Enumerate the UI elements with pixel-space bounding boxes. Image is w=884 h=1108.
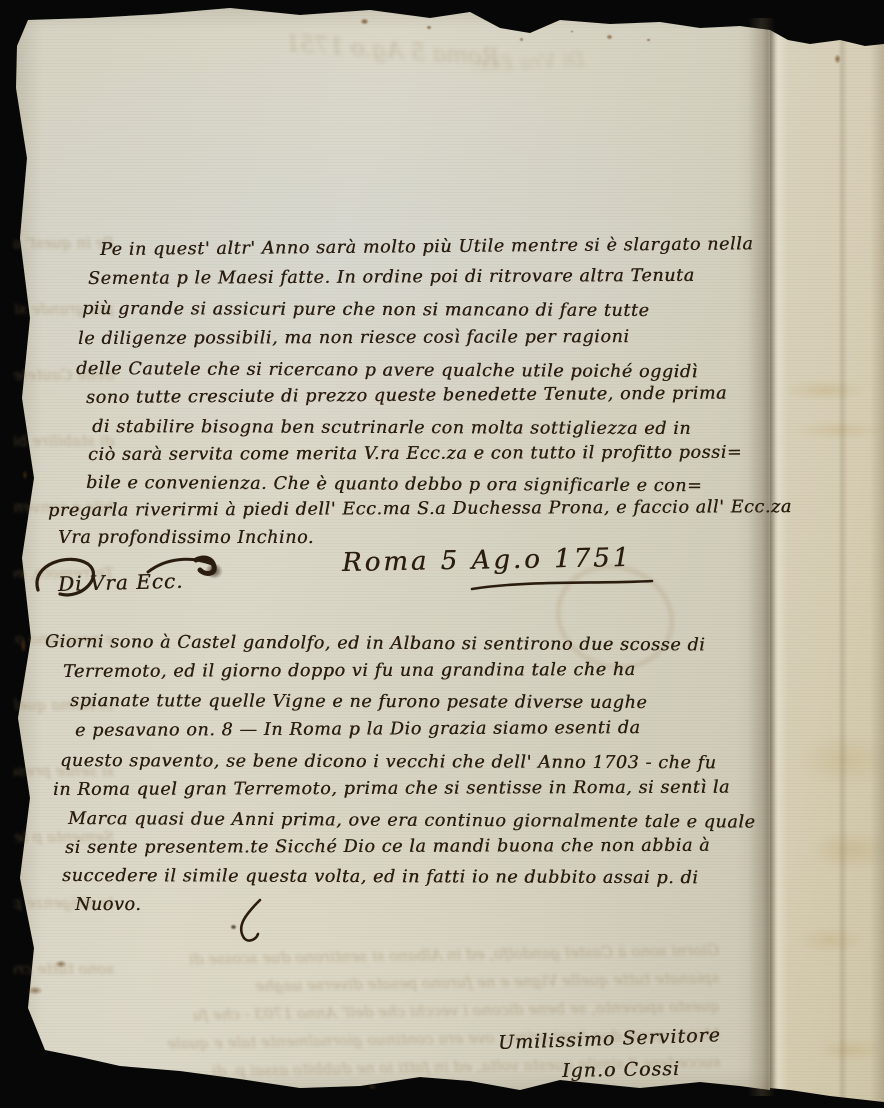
dateline: Roma 5 Ag.o 1751 bbox=[342, 543, 633, 578]
manuscript-line: si sente presentem.te Sicché Dio ce la m… bbox=[65, 836, 710, 858]
ink-flourish-date-underline bbox=[468, 575, 658, 595]
signature-name-line: Ign.o Cossi bbox=[562, 1058, 680, 1082]
manuscript-line: di stabilire bisogna ben scutrinarle con… bbox=[92, 417, 691, 439]
manuscript-line: questo spavento, se bene dicono i vecchi… bbox=[60, 751, 717, 773]
ink-flourish-salutation bbox=[28, 550, 228, 610]
manuscript-line: pregarla riverirmi à piedi dell' Ecc.ma … bbox=[48, 497, 792, 521]
manuscript-scan: Roma 5 Ag.o 1751 Di Vra Ecc. Pe in quest… bbox=[0, 0, 884, 1108]
manuscript-line: sono tutte cresciute di prezzo queste be… bbox=[86, 384, 727, 408]
manuscript-line: bile e convenienza. Che è quanto debbo p… bbox=[86, 473, 702, 496]
manuscript-line: le diligenze possibili, ma non riesce co… bbox=[78, 327, 630, 349]
ink-flourish-final-tail bbox=[228, 896, 272, 944]
manuscript-line: Pe in quest' altr' Anno sarà molto più U… bbox=[100, 234, 754, 260]
manuscript-line: Sementa p le Maesi fatte. In ordine poi … bbox=[88, 266, 695, 289]
manuscript-line: più grande si assicuri pure che non si m… bbox=[82, 299, 650, 321]
manuscript-line: in Roma quel gran Terremoto, prima che s… bbox=[53, 778, 730, 800]
signature-role-line: Umilissimo Servitore bbox=[498, 1024, 722, 1054]
manuscript-line: delle Cautele che si ricercano p avere q… bbox=[76, 359, 698, 382]
manuscript-line: Marca quasi due Anni prima, ove era cont… bbox=[68, 809, 756, 833]
manuscript-line: e pesavano on. 8 — In Roma p la Dio graz… bbox=[75, 718, 641, 741]
manuscript-line: Giorni sono à Castel gandolfo, ed in Alb… bbox=[45, 632, 705, 655]
manuscript-line: Terremoto, ed il giorno doppo vi fu una … bbox=[63, 660, 636, 682]
letter-text: Pe in quest' altr' Anno sarà molto più U… bbox=[0, 0, 884, 1108]
manuscript-line: succedere il simile questa volta, ed in … bbox=[62, 866, 699, 888]
manuscript-line: ciò sarà servita come merita V.ra Ecc.za… bbox=[88, 443, 742, 465]
manuscript-line: Vra profondissimo Inchino. bbox=[58, 528, 314, 548]
manuscript-line: spianate tutte quelle Vigne e ne furono … bbox=[70, 691, 647, 713]
manuscript-line: Nuovo. bbox=[75, 895, 141, 915]
